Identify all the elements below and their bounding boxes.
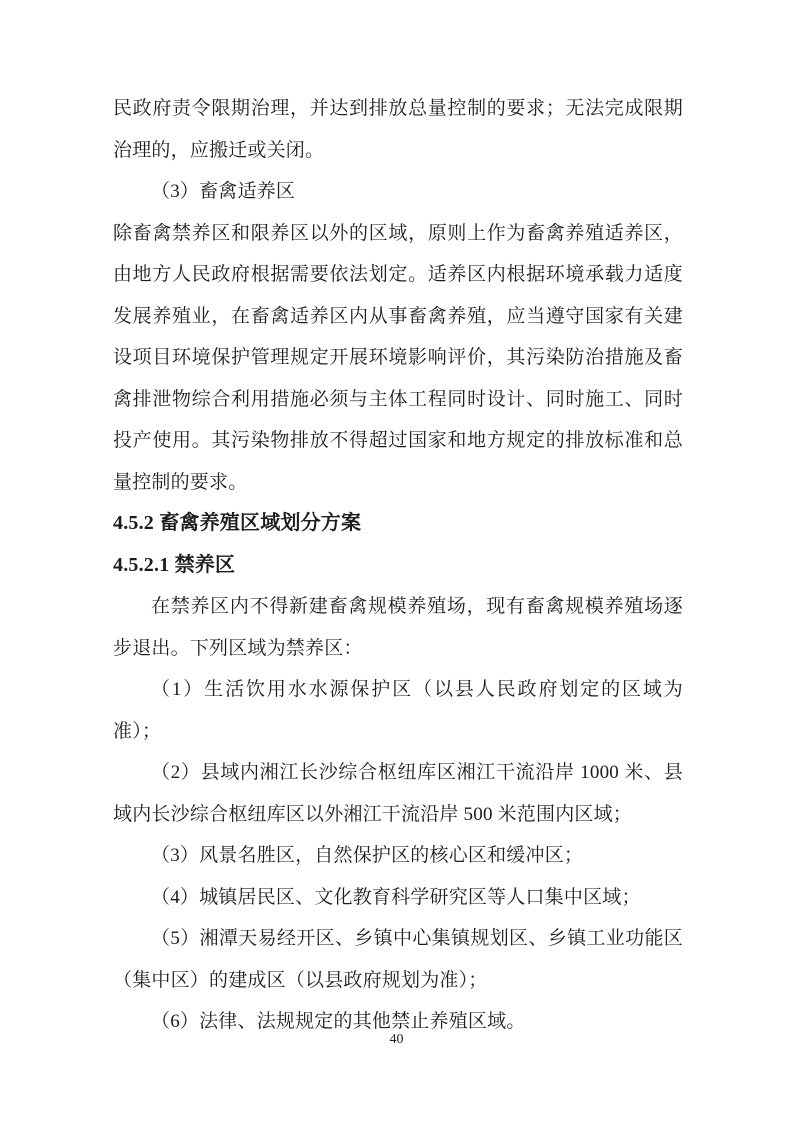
paragraph: 除畜禽禁养区和限养区以外的区域，原则上作为畜禽养殖适养区，由地方人民政府根据需要… xyxy=(113,213,683,504)
paragraph: （5）湘潭天易经开区、乡镇中心集镇规划区、乡镇工业功能区（集中区）的建成区（以县… xyxy=(113,918,683,1001)
document-page: 民政府责令限期治理，并达到排放总量控制的要求；无法完成限期治理的，应搬迁或关闭。… xyxy=(0,0,793,1122)
section-heading: 4.5.2 畜禽养殖区域划分方案 xyxy=(113,503,683,545)
paragraph: （1）生活饮用水水源保护区（以县人民政府划定的区域为准）； xyxy=(113,669,683,752)
paragraph: （4）城镇居民区、文化教育科学研究区等人口集中区域； xyxy=(113,877,683,919)
page-number: 40 xyxy=(0,1032,793,1048)
paragraph: （3）畜禽适养区 xyxy=(113,171,683,213)
paragraph: （3）风景名胜区，自然保护区的核心区和缓冲区； xyxy=(113,835,683,877)
paragraph: 民政府责令限期治理，并达到排放总量控制的要求；无法完成限期治理的，应搬迁或关闭。 xyxy=(113,88,683,171)
document-body: 民政府责令限期治理，并达到排放总量控制的要求；无法完成限期治理的，应搬迁或关闭。… xyxy=(113,88,683,1043)
paragraph: （2）县域内湘江长沙综合枢纽库区湘江干流沿岸 1000 米、县域内长沙综合枢纽库… xyxy=(113,752,683,835)
paragraph: 在禁养区内不得新建畜禽规模养殖场，现有畜禽规模养殖场逐步退出。下列区域为禁养区： xyxy=(113,586,683,669)
subsection-heading: 4.5.2.1 禁养区 xyxy=(113,545,683,587)
